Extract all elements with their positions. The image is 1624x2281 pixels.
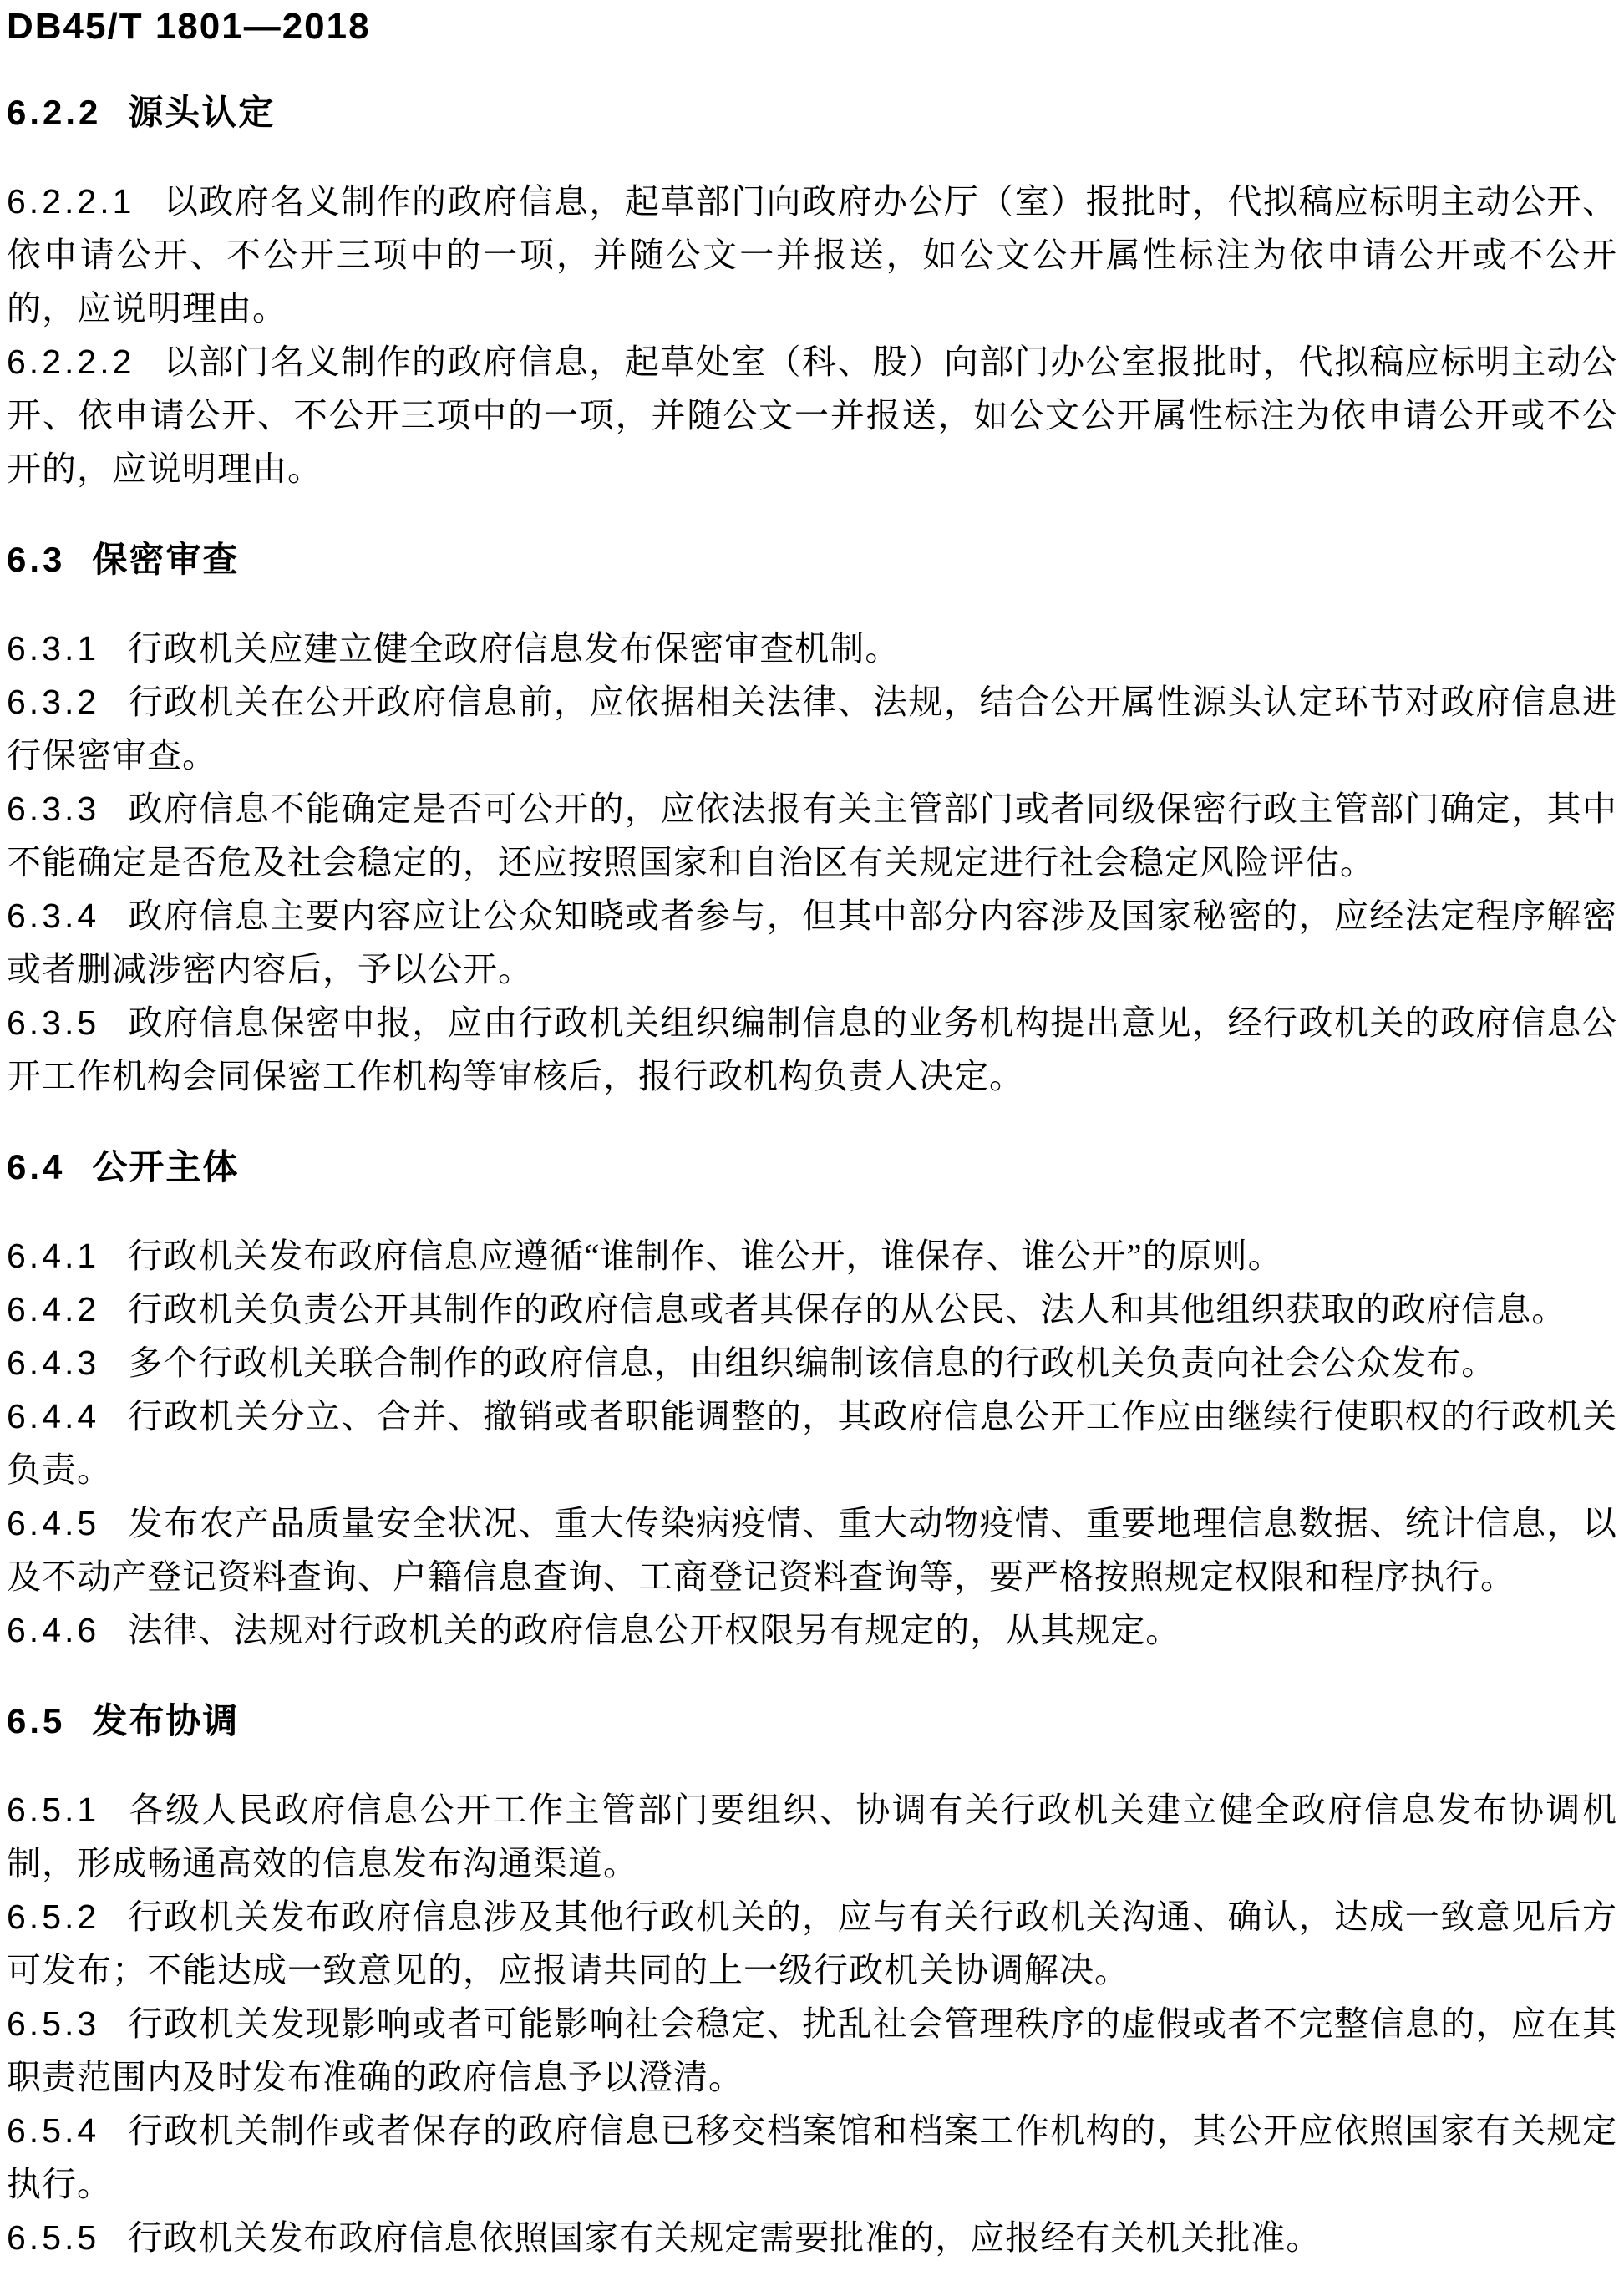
clause-text: 行政机关负责公开其制作的政府信息或者其保存的从公民、法人和其他组织获取的政府信息… [128,1290,1566,1328]
clause-text: 各级人民政府信息公开工作主管部门要组织、协调有关行政机关建立健全政府信息发布协调… [7,1791,1617,1882]
section-number: 6.5 [7,1701,65,1740]
clause-6-3-1: 6.3.1行政机关应建立健全政府信息发布保密审查机制。 [7,622,1617,675]
section-6-2-2: 6.2.2源头认定 6.2.2.1以政府名义制作的政府信息，起草部门向政府办公厅… [7,90,1617,495]
clause-number: 6.4.6 [7,1611,99,1649]
clause-text: 以部门名义制作的政府信息，起草处室（科、股）向部门办公室报批时，代拟稿应标明主动… [7,343,1617,488]
clause-6-5-1: 6.5.1各级人民政府信息公开工作主管部门要组织、协调有关行政机关建立健全政府信… [7,1783,1617,1890]
clause-number: 6.5.2 [7,1897,99,1936]
document-page: DB45/T 1801—2018 6.2.2源头认定 6.2.2.1以政府名义制… [0,0,1624,2281]
clause-number: 6.4.2 [7,1290,99,1328]
section-heading: 6.5发布协调 [7,1699,1617,1745]
clause-6-3-2: 6.3.2行政机关在公开政府信息前，应依据相关法律、法规，结合公开属性源头认定环… [7,675,1617,782]
clause-6-3-4: 6.3.4政府信息主要内容应让公众知晓或者参与，但其中部分内容涉及国家秘密的，应… [7,889,1617,996]
clause-number: 6.4.5 [7,1504,99,1542]
clause-text: 行政机关分立、合并、撤销或者职能调整的，其政府信息公开工作应由继续行使职权的行政… [7,1397,1617,1489]
section-number: 6.2.2 [7,93,101,132]
clause-text: 政府信息不能确定是否可公开的，应依法报有关主管部门或者同级保密行政主管部门确定，… [7,790,1617,881]
section-heading: 6.3保密审查 [7,537,1617,583]
clause-text: 行政机关发布政府信息涉及其他行政机关的，应与有关行政机关沟通、确认，达成一致意见… [7,1897,1617,1989]
clause-number: 6.2.2.1 [7,182,134,221]
clause-text: 以政府名义制作的政府信息，起草部门向政府办公厅（室）报批时，代拟稿应标明主动公开… [7,182,1617,328]
clause-number: 6.5.3 [7,2004,99,2043]
clause-text: 行政机关发现影响或者可能影响社会稳定、扰乱社会管理秩序的虚假或者不完整信息的，应… [7,2004,1617,2096]
section-heading: 6.4公开主体 [7,1145,1617,1191]
clause-number: 6.3.5 [7,1003,99,1042]
clause-6-5-3: 6.5.3行政机关发现影响或者可能影响社会稳定、扰乱社会管理秩序的虚假或者不完整… [7,1997,1617,2104]
section-title: 保密审查 [92,540,239,579]
clause-6-5-4: 6.5.4行政机关制作或者保存的政府信息已移交档案馆和档案工作机构的，其公开应依… [7,2104,1617,2211]
section-number: 6.4 [7,1147,65,1186]
clause-6-3-3: 6.3.3政府信息不能确定是否可公开的，应依法报有关主管部门或者同级保密行政主管… [7,782,1617,889]
clause-text: 行政机关制作或者保存的政府信息已移交档案馆和档案工作机构的，其公开应依照国家有关… [7,2111,1617,2203]
clause-text: 政府信息主要内容应让公众知晓或者参与，但其中部分内容涉及国家秘密的，应经法定程序… [7,897,1617,988]
clause-number: 6.3.3 [7,790,99,828]
clause-6-4-3: 6.4.3多个行政机关联合制作的政府信息，由组织编制该信息的行政机关负责向社会公… [7,1336,1617,1389]
clause-6-2-2-2: 6.2.2.2以部门名义制作的政府信息，起草处室（科、股）向部门办公室报批时，代… [7,335,1617,495]
clause-number: 6.4.3 [7,1344,99,1382]
clause-text: 行政机关发布政府信息应遵循“谁制作、谁公开，谁保存、谁公开”的原则。 [128,1237,1282,1275]
clause-number: 6.5.1 [7,1791,99,1829]
clause-6-4-1: 6.4.1行政机关发布政府信息应遵循“谁制作、谁公开，谁保存、谁公开”的原则。 [7,1229,1617,1283]
clause-6-5-5: 6.5.5行政机关发布政府信息依照国家有关规定需要批准的，应报经有关机关批准。 [7,2211,1617,2264]
clause-6-4-6: 6.4.6法律、法规对行政机关的政府信息公开权限另有规定的，从其规定。 [7,1603,1617,1657]
clause-text: 政府信息保密申报，应由行政机关组织编制信息的业务机构提出意见，经行政机关的政府信… [7,1003,1617,1095]
section-6-5: 6.5发布协调 6.5.1各级人民政府信息公开工作主管部门要组织、协调有关行政机… [7,1699,1617,2264]
clause-text: 多个行政机关联合制作的政府信息，由组织编制该信息的行政机关负责向社会公众发布。 [128,1344,1496,1382]
clause-number: 6.2.2.2 [7,343,134,381]
clause-6-2-2-1: 6.2.2.1以政府名义制作的政府信息，起草部门向政府办公厅（室）报批时，代拟稿… [7,175,1617,335]
clause-text: 发布农产品质量安全状况、重大传染病疫情、重大动物疫情、重要地理信息数据、统计信息… [7,1504,1617,1596]
clause-6-4-4: 6.4.4行政机关分立、合并、撤销或者职能调整的，其政府信息公开工作应由继续行使… [7,1389,1617,1496]
clause-number: 6.4.1 [7,1237,99,1275]
clause-text: 行政机关发布政府信息依照国家有关规定需要批准的，应报经有关机关批准。 [128,2218,1321,2257]
clause-6-5-2: 6.5.2行政机关发布政府信息涉及其他行政机关的，应与有关行政机关沟通、确认，达… [7,1890,1617,1997]
doc-number: DB45/T 1801—2018 [7,5,1617,48]
clause-6-4-5: 6.4.5发布农产品质量安全状况、重大传染病疫情、重大动物疫情、重要地理信息数据… [7,1496,1617,1603]
section-heading: 6.2.2源头认定 [7,90,1617,136]
section-6-3: 6.3保密审查 6.3.1行政机关应建立健全政府信息发布保密审查机制。 6.3.… [7,537,1617,1103]
clause-number: 6.4.4 [7,1397,99,1435]
section-6-4: 6.4公开主体 6.4.1行政机关发布政府信息应遵循“谁制作、谁公开，谁保存、谁… [7,1145,1617,1657]
clause-text: 行政机关在公开政府信息前，应依据相关法律、法规，结合公开属性源头认定环节对政府信… [7,683,1617,775]
clause-number: 6.3.1 [7,629,99,668]
section-title: 源头认定 [128,93,275,132]
clause-number: 6.3.2 [7,683,99,721]
clause-text: 行政机关应建立健全政府信息发布保密审查机制。 [128,629,900,668]
clause-number: 6.5.5 [7,2218,99,2257]
clause-number: 6.5.4 [7,2111,99,2150]
section-number: 6.3 [7,540,65,579]
clause-6-4-2: 6.4.2行政机关负责公开其制作的政府信息或者其保存的从公民、法人和其他组织获取… [7,1283,1617,1336]
section-title: 公开主体 [92,1147,239,1186]
clause-6-3-5: 6.3.5政府信息保密申报，应由行政机关组织编制信息的业务机构提出意见，经行政机… [7,996,1617,1103]
section-title: 发布协调 [92,1701,239,1740]
clause-text: 法律、法规对行政机关的政府信息公开权限另有规定的，从其规定。 [128,1611,1180,1649]
clause-number: 6.3.4 [7,897,99,935]
